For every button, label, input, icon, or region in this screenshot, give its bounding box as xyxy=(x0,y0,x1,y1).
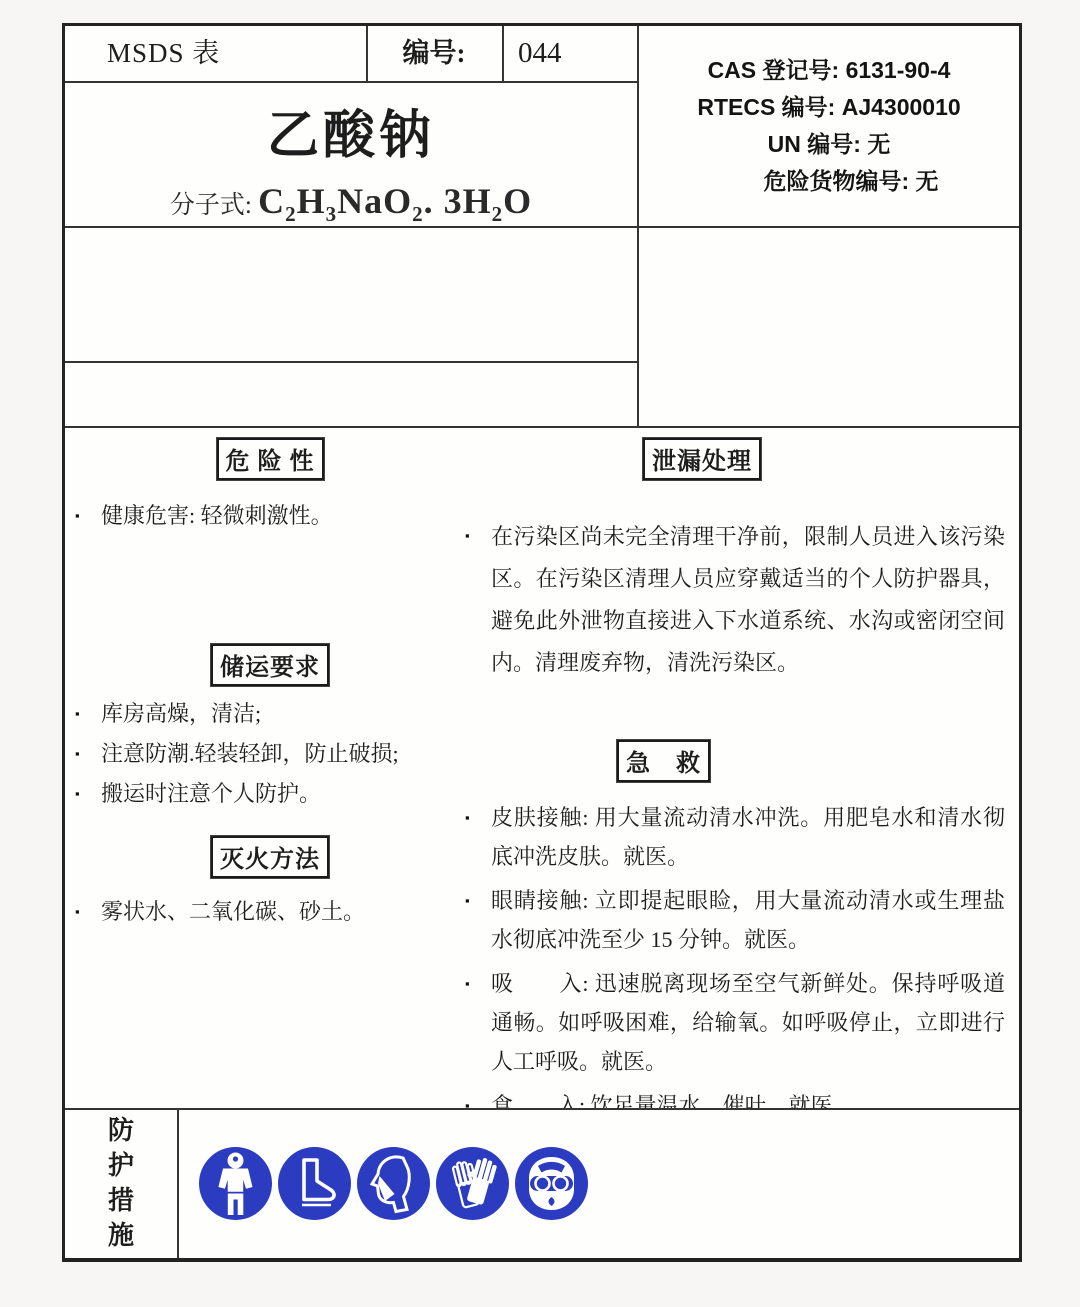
list-item: ▪ 注意防潮.轻装轻卸，防止破损; xyxy=(75,734,465,774)
spill-text: 在污染区尚未完全清理干净前，限制人员进入该污染区。在污染区清理人员应穿戴适当的个… xyxy=(491,516,1005,684)
left-column: 危 险 性 ▪ 健康危害: 轻微刺激性。 储运要求 ▪ 库房高燥，清洁; ▪ 注… xyxy=(75,428,465,932)
divider xyxy=(65,361,639,363)
list-item: ▪ 在污染区尚未完全清理干净前，限制人员进入该污染区。在污染区清理人员应穿戴适当… xyxy=(465,516,1013,684)
first-aid-eye-text: 眼睛接触: 立即提起眼睑，用大量流动清水或生理盐水彻底冲洗至少 15 分钟。就医… xyxy=(491,881,1005,959)
storage-text: 搬运时注意个人防护。 xyxy=(101,774,465,814)
section-header-storage: 储运要求 xyxy=(211,644,329,686)
protective-suit-icon xyxy=(197,1145,274,1222)
list-item: ▪ 眼睛接触: 立即提起眼睑，用大量流动清水或生理盐水彻底冲洗至少 15 分钟。… xyxy=(465,881,1013,959)
bullet-icon: ▪ xyxy=(75,774,101,814)
bullet-icon: ▪ xyxy=(465,516,491,556)
bullet-icon: ▪ xyxy=(465,964,491,1004)
msds-document-page: { "colors": { "icon_blue": "#2c3cc0", "i… xyxy=(0,0,1080,1307)
cas-number: CAS 登记号: 6131-90-4 xyxy=(708,52,951,89)
list-item: ▪ 健康危害: 轻微刺激性。 xyxy=(75,496,465,536)
section-header-hazard: 危 险 性 xyxy=(217,438,324,480)
right-column: 泄漏处理 ▪ 在污染区尚未完全清理干净前，限制人员进入该污染区。在污染区清理人员… xyxy=(465,428,1013,1108)
list-item: ▪ 库房高燥，清洁; xyxy=(75,694,465,734)
un-number: UN 编号: 无 xyxy=(768,126,891,163)
list-item: ▪ 食 入: 饮足量温水，催吐。就医。 xyxy=(465,1086,1013,1108)
title-block: 乙酸钠 分子式: C2H3NaO2. 3H2O xyxy=(65,83,637,226)
hazard-text: 健康危害: 轻微刺激性。 xyxy=(101,496,465,536)
serial-number-value: 044 xyxy=(502,26,653,81)
serial-number-label: 编号: xyxy=(366,26,502,81)
formula-label: 分子式: xyxy=(170,192,252,219)
dangerous-goods-number: 危险货物编号: 无 xyxy=(763,163,938,200)
bullet-icon: ▪ xyxy=(465,881,491,921)
section-header-spill: 泄漏处理 xyxy=(643,438,761,480)
molecular-formula-line: 分子式: C2H3NaO2. 3H2O xyxy=(65,180,637,227)
protection-measures-label: 防护措施 xyxy=(106,1113,136,1253)
fire-text: 雾状水、二氧化碳、砂土。 xyxy=(101,892,465,932)
list-item: ▪ 皮肤接触: 用大量流动清水冲洗。用肥皂水和清水彻底冲洗皮肤。就医。 xyxy=(465,798,1013,876)
section-header-fire: 灭火方法 xyxy=(211,836,329,878)
rtecs-number: RTECS 编号: AJ4300010 xyxy=(697,89,960,126)
molecular-formula: C2H3NaO2. 3H2O xyxy=(258,181,532,221)
first-aid-inhale-text: 吸 入: 迅速脱离现场至空气新鲜处。保持呼吸道通畅。如呼吸困难，给输氧。如呼吸停… xyxy=(491,964,1005,1081)
face-mask-icon xyxy=(355,1145,432,1222)
bullet-icon: ▪ xyxy=(465,1086,491,1108)
list-item: ▪ 雾状水、二氧化碳、砂土。 xyxy=(75,892,465,932)
list-item: ▪ 搬运时注意个人防护。 xyxy=(75,774,465,814)
registry-numbers-block: CAS 登记号: 6131-90-4 RTECS 编号: AJ4300010 U… xyxy=(639,26,1019,226)
chemical-name-title: 乙酸钠 xyxy=(65,93,637,168)
bullet-icon: ▪ xyxy=(465,798,491,838)
section-header-first-aid: 急 救 xyxy=(617,740,710,782)
main-content: 危 险 性 ▪ 健康危害: 轻微刺激性。 储运要求 ▪ 库房高燥，清洁; ▪ 注… xyxy=(65,428,1019,1108)
msds-sheet-table: MSDS 表 编号: 044 乙酸钠 分子式: C2H3NaO2. 3H2O C… xyxy=(62,23,1022,1262)
storage-text: 注意防潮.轻装轻卸，防止破损; xyxy=(101,734,465,774)
first-aid-ingest-text: 食 入: 饮足量温水，催吐。就医。 xyxy=(491,1086,1005,1108)
bullet-icon: ▪ xyxy=(75,694,101,734)
protection-label-cell: 防护措施 xyxy=(65,1108,177,1258)
protective-gloves-icon xyxy=(434,1145,511,1222)
storage-text: 库房高燥，清洁; xyxy=(101,694,465,734)
bullet-icon: ▪ xyxy=(75,734,101,774)
protective-goggles-icon xyxy=(513,1145,590,1222)
list-item: ▪ 吸 入: 迅速脱离现场至空气新鲜处。保持呼吸道通畅。如呼吸困难，给输氧。如呼… xyxy=(465,964,1013,1081)
first-aid-skin-text: 皮肤接触: 用大量流动清水冲洗。用肥皂水和清水彻底冲洗皮肤。就医。 xyxy=(491,798,1005,876)
bullet-icon: ▪ xyxy=(75,892,101,932)
bullet-icon: ▪ xyxy=(75,496,101,536)
protective-boots-icon xyxy=(276,1145,353,1222)
msds-form-label: MSDS 表 xyxy=(65,26,408,81)
protection-icons-row xyxy=(177,1108,1019,1258)
